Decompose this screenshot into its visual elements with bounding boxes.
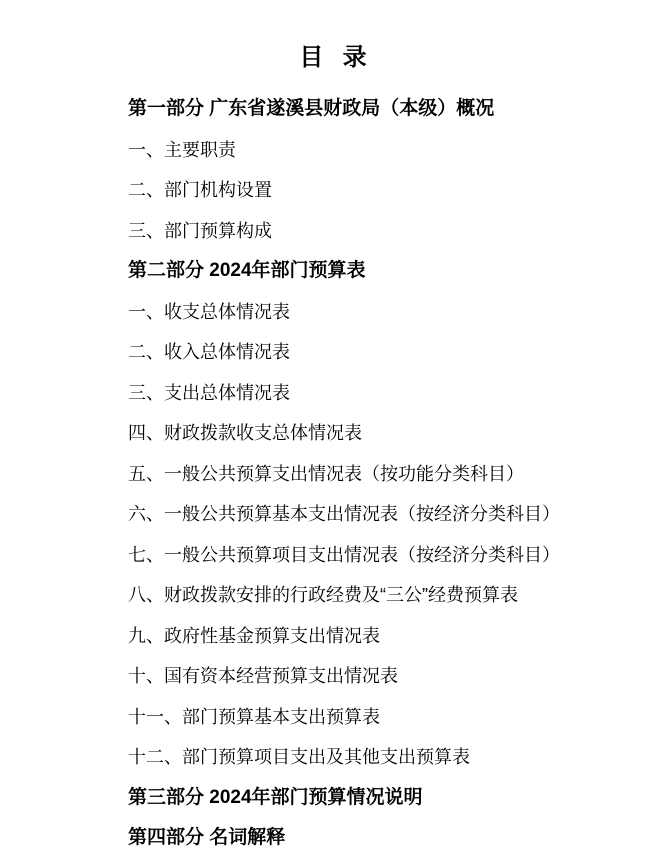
toc-item: 七、一般公共预算项目支出情况表（按经济分类科目） [128, 535, 638, 576]
document-page: 目 录 第一部分 广东省遂溪县财政局（本级）概况 一、主要职责 二、部门机构设置… [0, 0, 668, 860]
toc-item: 十一、部门预算基本支出预算表 [128, 697, 638, 738]
page-title: 目 录 [0, 0, 668, 72]
toc-section-heading: 第四部分 名词解释 [128, 818, 638, 859]
toc-item: 二、收入总体情况表 [128, 332, 638, 373]
toc-item: 九、政府性基金预算支出情况表 [128, 616, 638, 657]
toc-item: 五、一般公共预算支出情况表（按功能分类科目） [128, 454, 638, 495]
toc-item: 四、财政拨款收支总体情况表 [128, 413, 638, 454]
toc-item: 一、主要职责 [128, 130, 638, 171]
toc-section-heading: 第二部分 2024年部门预算表 [128, 251, 638, 292]
toc-item: 八、财政拨款安排的行政经费及“三公”经费预算表 [128, 575, 638, 616]
toc-item: 十二、部门预算项目支出及其他支出预算表 [128, 737, 638, 778]
toc-section-heading: 第一部分 广东省遂溪县财政局（本级）概况 [128, 89, 638, 130]
toc-item: 一、收支总体情况表 [128, 292, 638, 333]
toc-item: 三、支出总体情况表 [128, 373, 638, 414]
toc-section-heading: 第三部分 2024年部门预算情况说明 [128, 778, 638, 819]
toc-item: 三、部门预算构成 [128, 211, 638, 252]
toc-item: 二、部门机构设置 [128, 170, 638, 211]
table-of-contents: 第一部分 广东省遂溪县财政局（本级）概况 一、主要职责 二、部门机构设置 三、部… [0, 89, 668, 859]
toc-item: 六、一般公共预算基本支出情况表（按经济分类科目） [128, 494, 638, 535]
toc-item: 十、国有资本经营预算支出情况表 [128, 656, 638, 697]
